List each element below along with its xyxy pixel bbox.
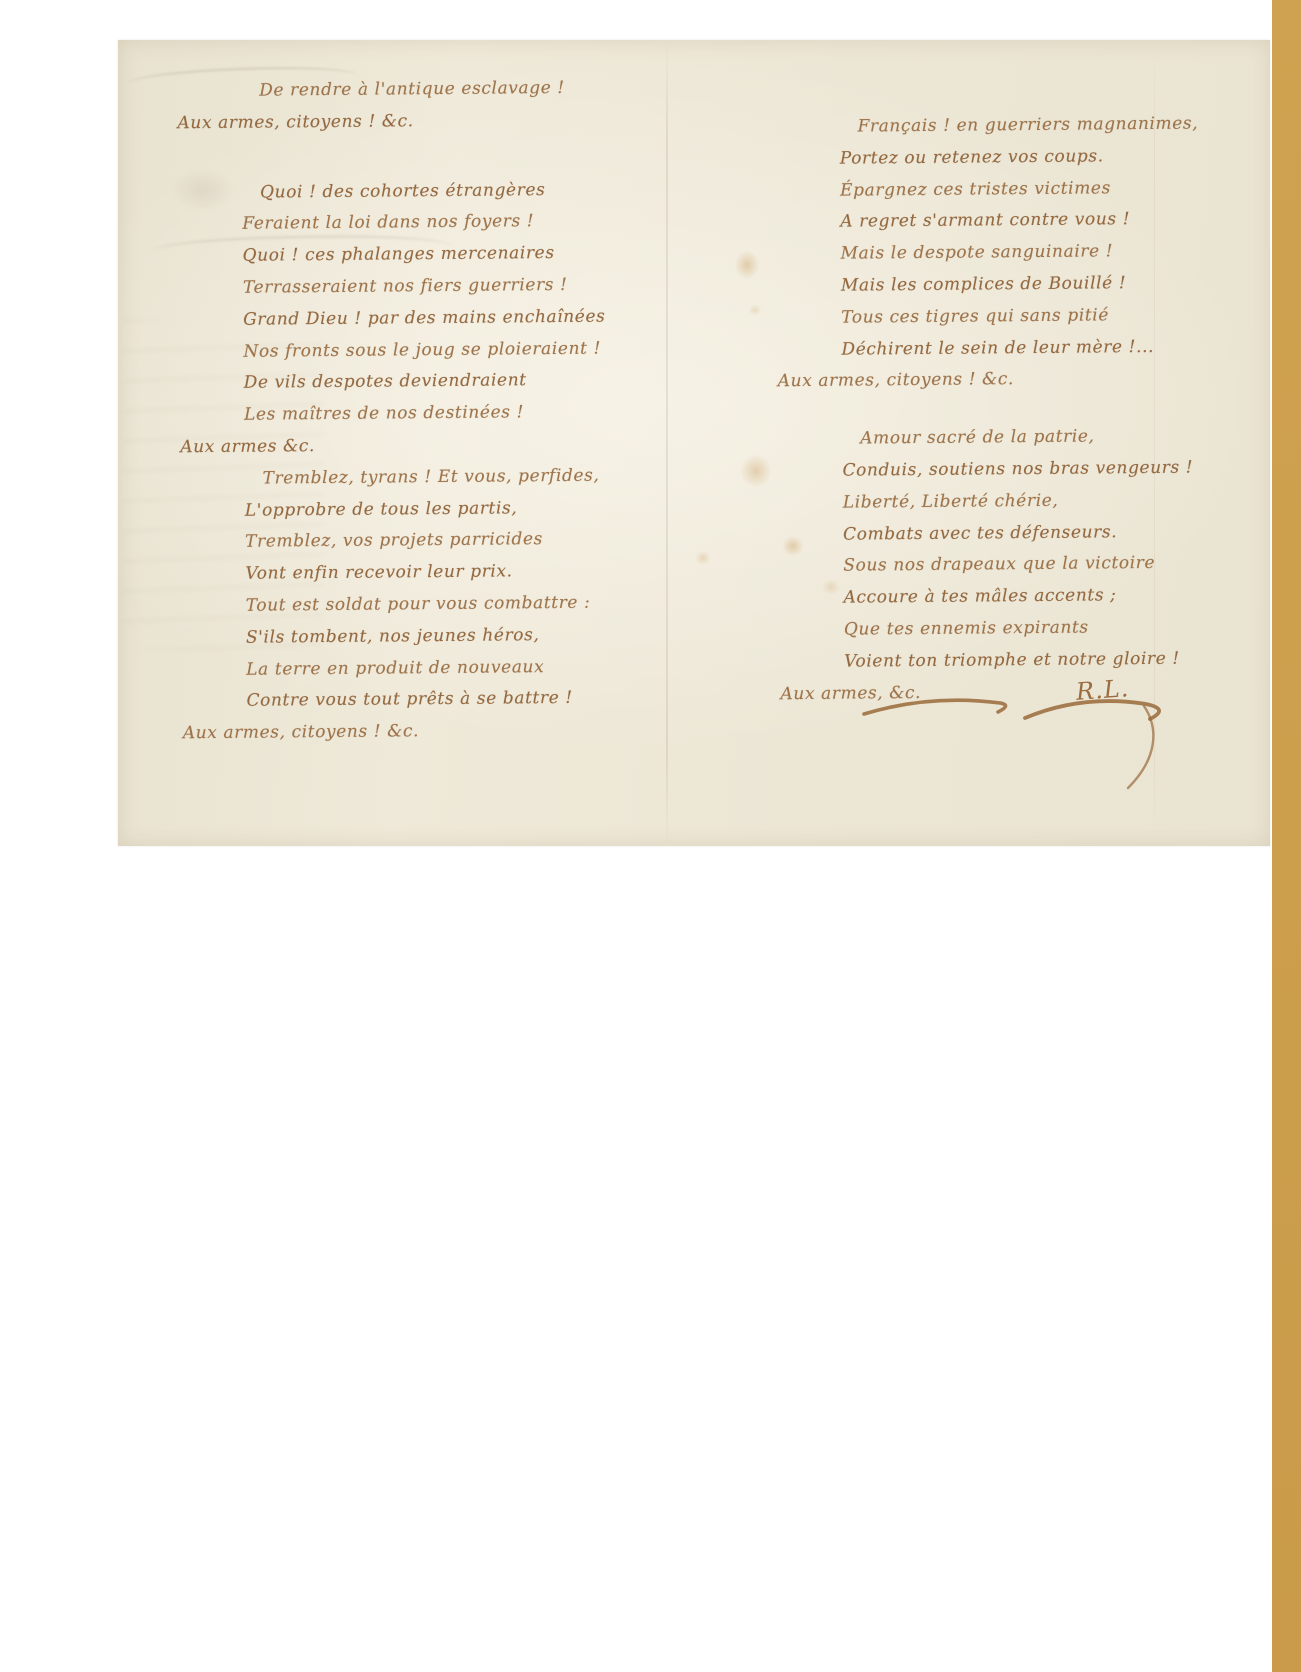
manuscript-line: Portez ou retenez vos coups.: [840, 140, 1281, 176]
manuscript-line: Terrasseraient nos fiers guerriers !: [243, 269, 699, 305]
manuscript-line: Quoi ! des cohortes étrangères: [260, 173, 698, 209]
manuscript-line: S'ils tombent, nos jeunes héros,: [246, 618, 702, 654]
signature-paraph: [1020, 688, 1185, 803]
manuscript-line: Aux armes, citoyens ! &c.: [778, 362, 1283, 398]
manuscript-line: Épargnez ces tristes victimes: [840, 171, 1281, 207]
screenshot-root: De rendre à l'antique esclavage !Aux arm…: [0, 0, 1301, 1672]
manuscript-line: Aux armes, citoyens ! &c.: [177, 104, 697, 140]
paper-stain: [730, 245, 764, 285]
manuscript-line: Voient ton triomphe et notre gloire !: [844, 643, 1285, 679]
manuscript-line: Français ! en guerriers magnanimes,: [857, 108, 1280, 143]
manuscript-line: Amour sacré de la patrie,: [860, 420, 1283, 455]
right-page-text: Français ! en guerriers magnanimes,Porte…: [775, 108, 1285, 711]
manuscript-line: La terre en produit de nouveaux: [246, 650, 702, 686]
manuscript-line: Vont enfin recevoir leur prix.: [245, 555, 701, 591]
manuscript-line: Mais les complices de Bouillé !: [841, 267, 1282, 303]
manuscript-line: Combats avec tes défenseurs.: [843, 515, 1284, 551]
stanza-gap: [178, 135, 698, 178]
manuscript-line: Accoure à tes mâles accents ;: [844, 579, 1285, 615]
manuscript-line: Aux armes, citoyens ! &c.: [183, 714, 703, 750]
manuscript-line: Aux armes &c.: [180, 428, 700, 464]
manuscript-line: Déchirent le sein de leur mère !...: [841, 330, 1282, 366]
manuscript-line: Contre vous tout prêts à se battre !: [246, 682, 702, 718]
manuscript-line: Conduis, soutiens nos bras vengeurs !: [842, 452, 1283, 488]
manuscript-line: Tout est soldat pour vous combattre :: [246, 587, 702, 623]
left-page-text: De rendre à l'antique esclavage !Aux arm…: [177, 72, 703, 750]
manuscript-line: Quoi ! ces phalanges mercenaires: [243, 237, 699, 273]
paper-stain: [746, 302, 764, 318]
manuscript-line: Tremblez, tyrans ! Et vous, perfides,: [262, 459, 700, 495]
manuscript-line: Tremblez, vos projets parricides: [245, 523, 701, 559]
paper-stain: [734, 448, 778, 494]
signature-flourish-swash: [860, 692, 1020, 724]
manuscript-line: Liberté, Liberté chérie,: [843, 484, 1284, 520]
manuscript-line: Mais le despote sanguinaire !: [841, 235, 1282, 271]
manuscript-line: Nos fronts sous le joug se ploieraient !: [243, 332, 699, 368]
manuscript-line: Les maîtres de nos destinées !: [244, 396, 700, 432]
manuscript-line: Tous ces tigres qui sans pitié: [841, 299, 1282, 335]
manuscript-line: Grand Dieu ! par des mains enchaînées: [243, 301, 699, 337]
manuscript-line: Sous nos drapeaux que la victoire: [843, 547, 1284, 583]
manuscript-scan: De rendre à l'antique esclavage !Aux arm…: [118, 40, 1270, 846]
manuscript-line: De vils despotes deviendraient: [244, 364, 700, 400]
manuscript-line: Que tes ennemis expirants: [844, 611, 1285, 647]
manuscript-line: De rendre à l'antique esclavage !: [259, 72, 697, 108]
manuscript-line: L'opprobre de tous les partis,: [245, 491, 701, 527]
manuscript-line: Feraient la loi dans nos foyers !: [242, 205, 698, 241]
manuscript-line: A regret s'armant contre vous !: [840, 203, 1281, 239]
